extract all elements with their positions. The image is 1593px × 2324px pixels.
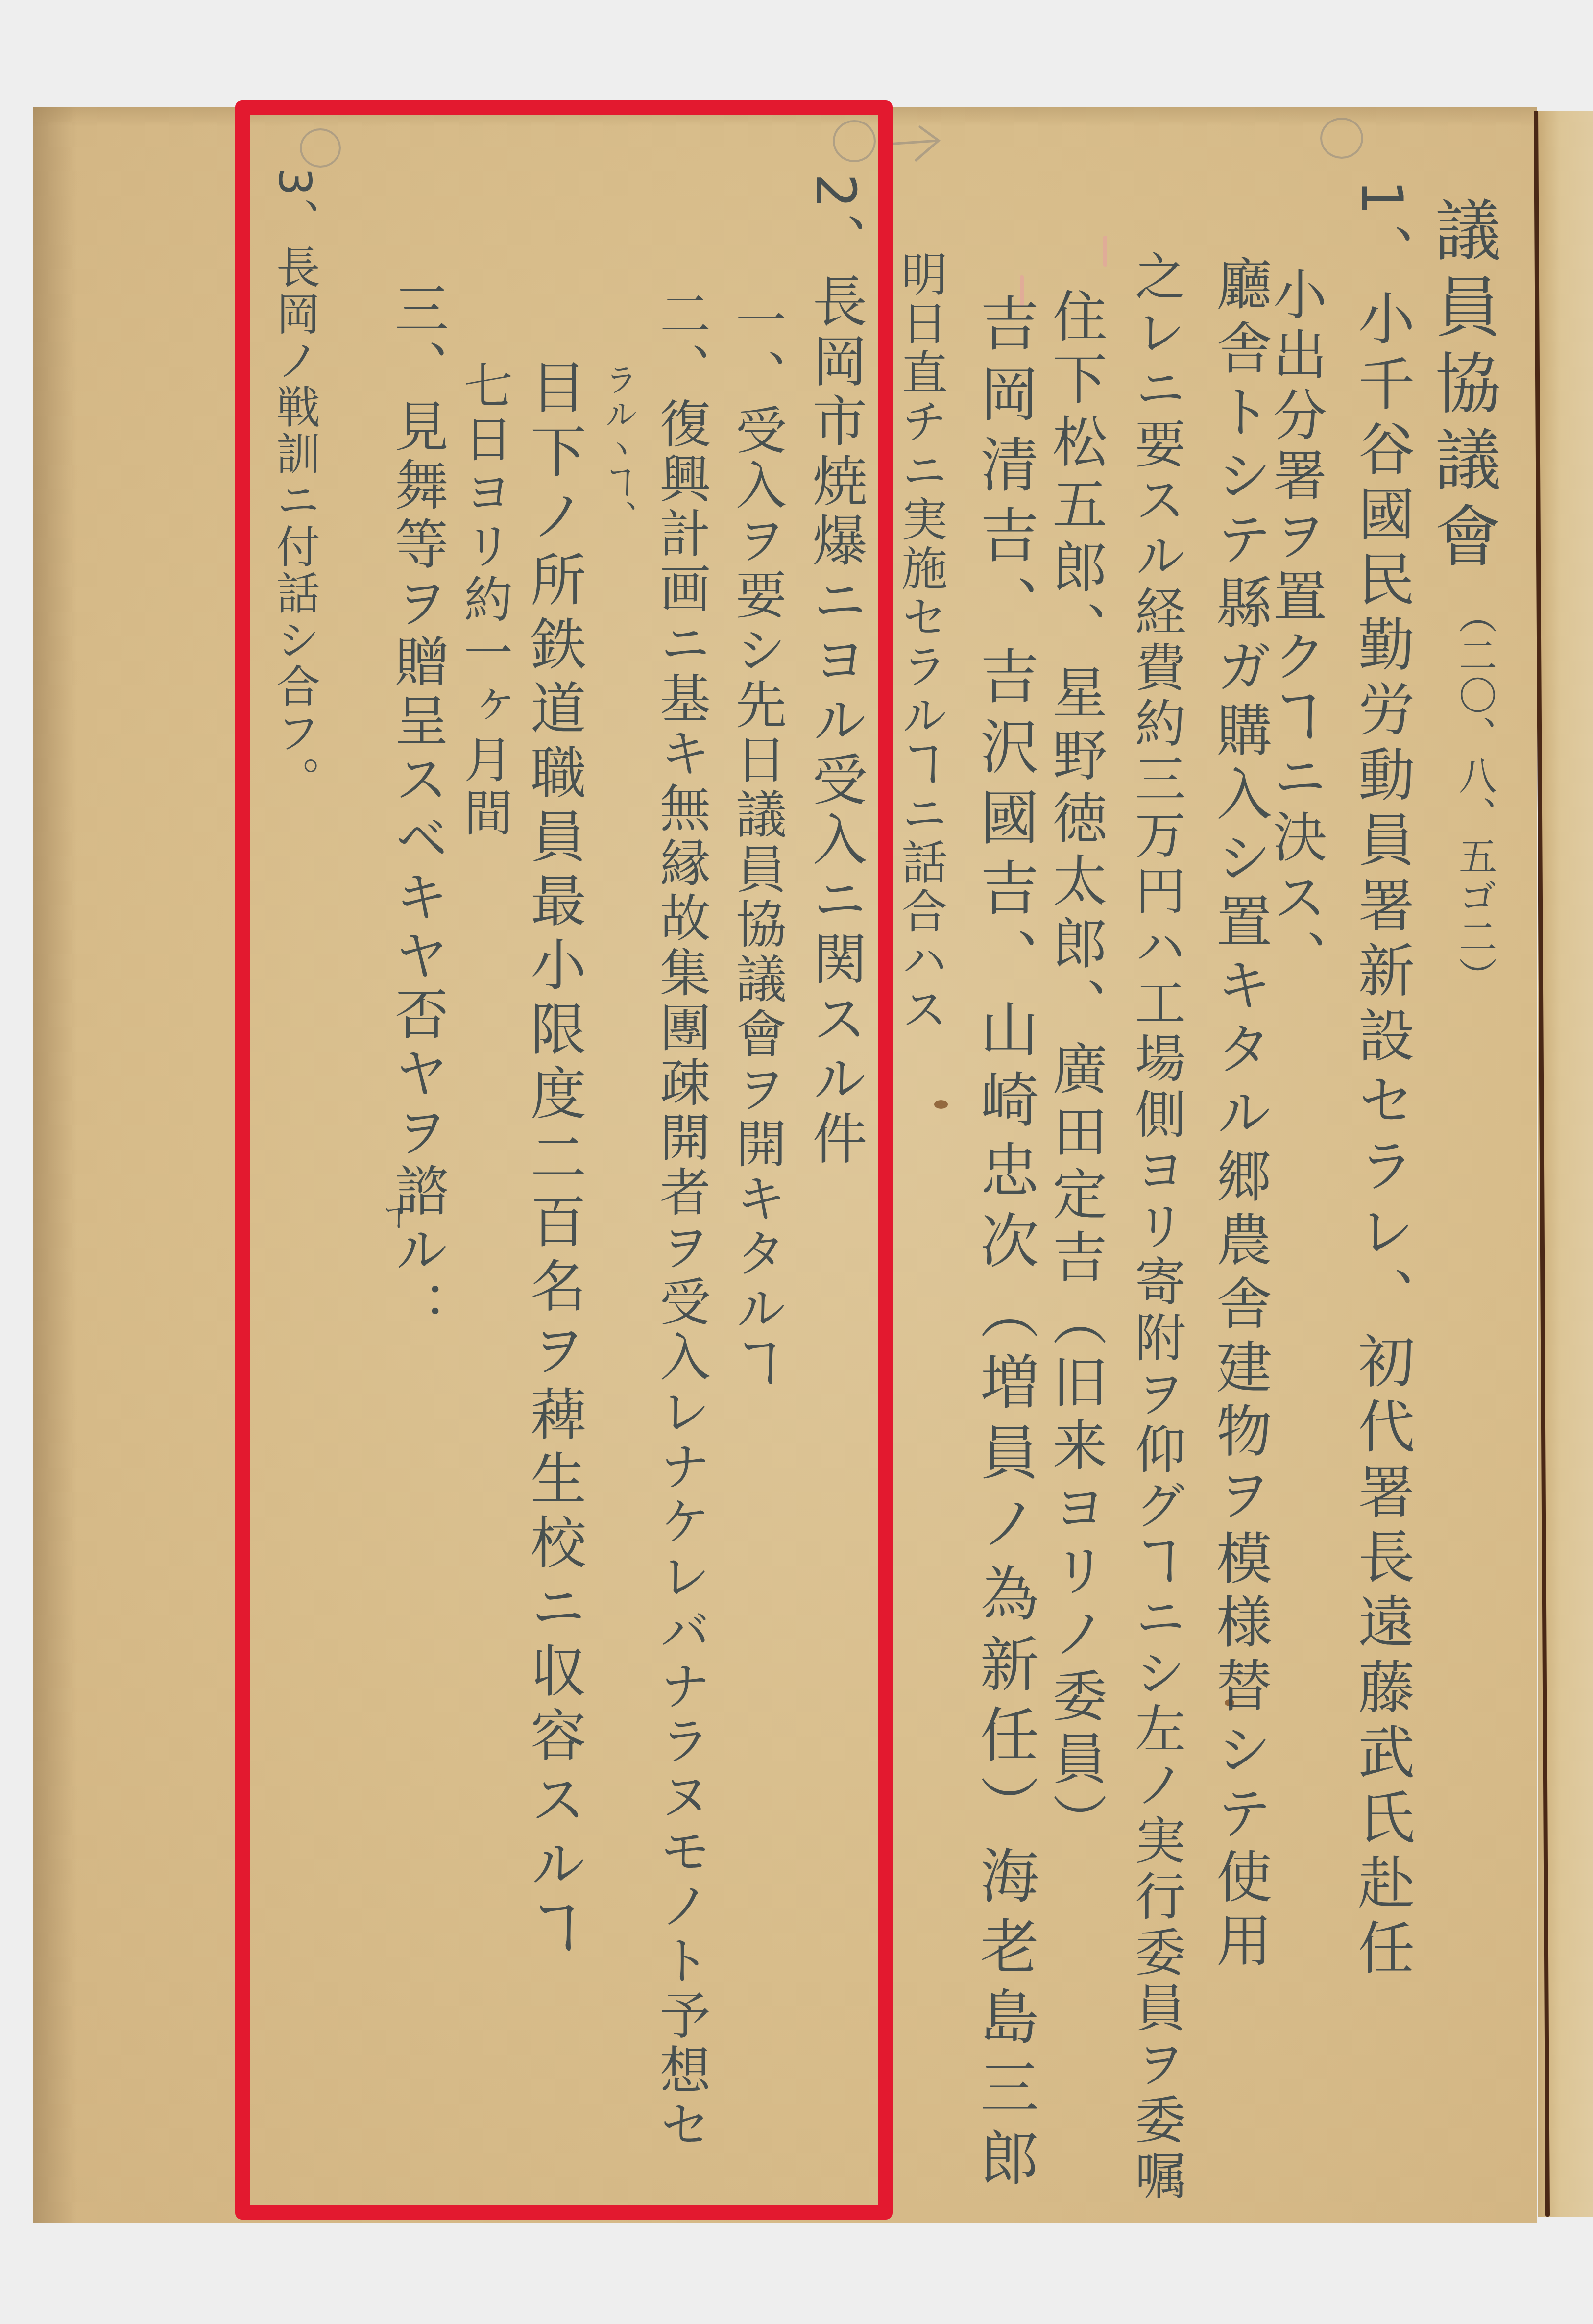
document-title: 議員協議會 bbox=[1429, 196, 1496, 578]
item1-line: 之レニ要スル経費約三万円ハ工場側ヨリ寄附ヲ仰グヿニシ左ノ実行委員ヲ委嘱 bbox=[1131, 250, 1182, 2205]
item2-line: 三、見舞等ヲ贈呈スベキヤ否ヤヲ諮ル： bbox=[390, 281, 444, 1339]
stain-spot bbox=[934, 1100, 948, 1109]
item2-line: 目下ノ所鉄道職員最小限度二百名ヲ薭生校ニ収容スルヿ bbox=[526, 358, 581, 1963]
item2-line: 一、受入ヲ要シ先日議員協議會ヲ開キタルヿ bbox=[731, 294, 782, 1392]
meeting-date-note: （二〇、八、五ゴ二） bbox=[1455, 595, 1494, 997]
page-edge-shadow bbox=[33, 107, 77, 2223]
item3-heading: 3、長岡ノ戦訓ニ付話シ合フ。 bbox=[272, 168, 316, 803]
item1-line: 明日直チニ実施セラルヿニ話合ハス bbox=[897, 250, 943, 1034]
item2-line: 二、復興計画ニ基キ無縁故集團疎開者ヲ受入レナケレバナラヌモノト予想セ bbox=[655, 288, 706, 2153]
item2-line: ラルヽヿ、 bbox=[602, 363, 634, 535]
item2-line: 七日ヨリ約一ヶ月間 bbox=[459, 360, 508, 841]
margin-note: ヿ bbox=[380, 1205, 405, 1230]
item1-line: 廳舎トシテ縣ガ購入シ置キタル郷農舎建物ヲ模様替シテ使用 bbox=[1211, 255, 1267, 1975]
committee-members-line: 住下松五郎、星野徳太郎、廣田定吉（旧来ヨリノ委員） bbox=[1048, 288, 1103, 1856]
pencil-circle-icon bbox=[1320, 118, 1363, 159]
item2-heading: 2、長岡市焼爆ニヨル受入ニ関スル件 bbox=[808, 173, 863, 1170]
committee-members-line: 吉岡清吉、吉沢國吉、山崎忠次（増員ノ為新任）海老島三郎 bbox=[975, 293, 1034, 2198]
item1-line: 小出分署ヲ置クヿニ決ス、 bbox=[1269, 267, 1323, 990]
item1-line: 1、小千谷國民勤労動員署新設セラレ、初代署長遠藤武氏赴任 bbox=[1353, 179, 1410, 1983]
pink-mark bbox=[1103, 236, 1107, 267]
